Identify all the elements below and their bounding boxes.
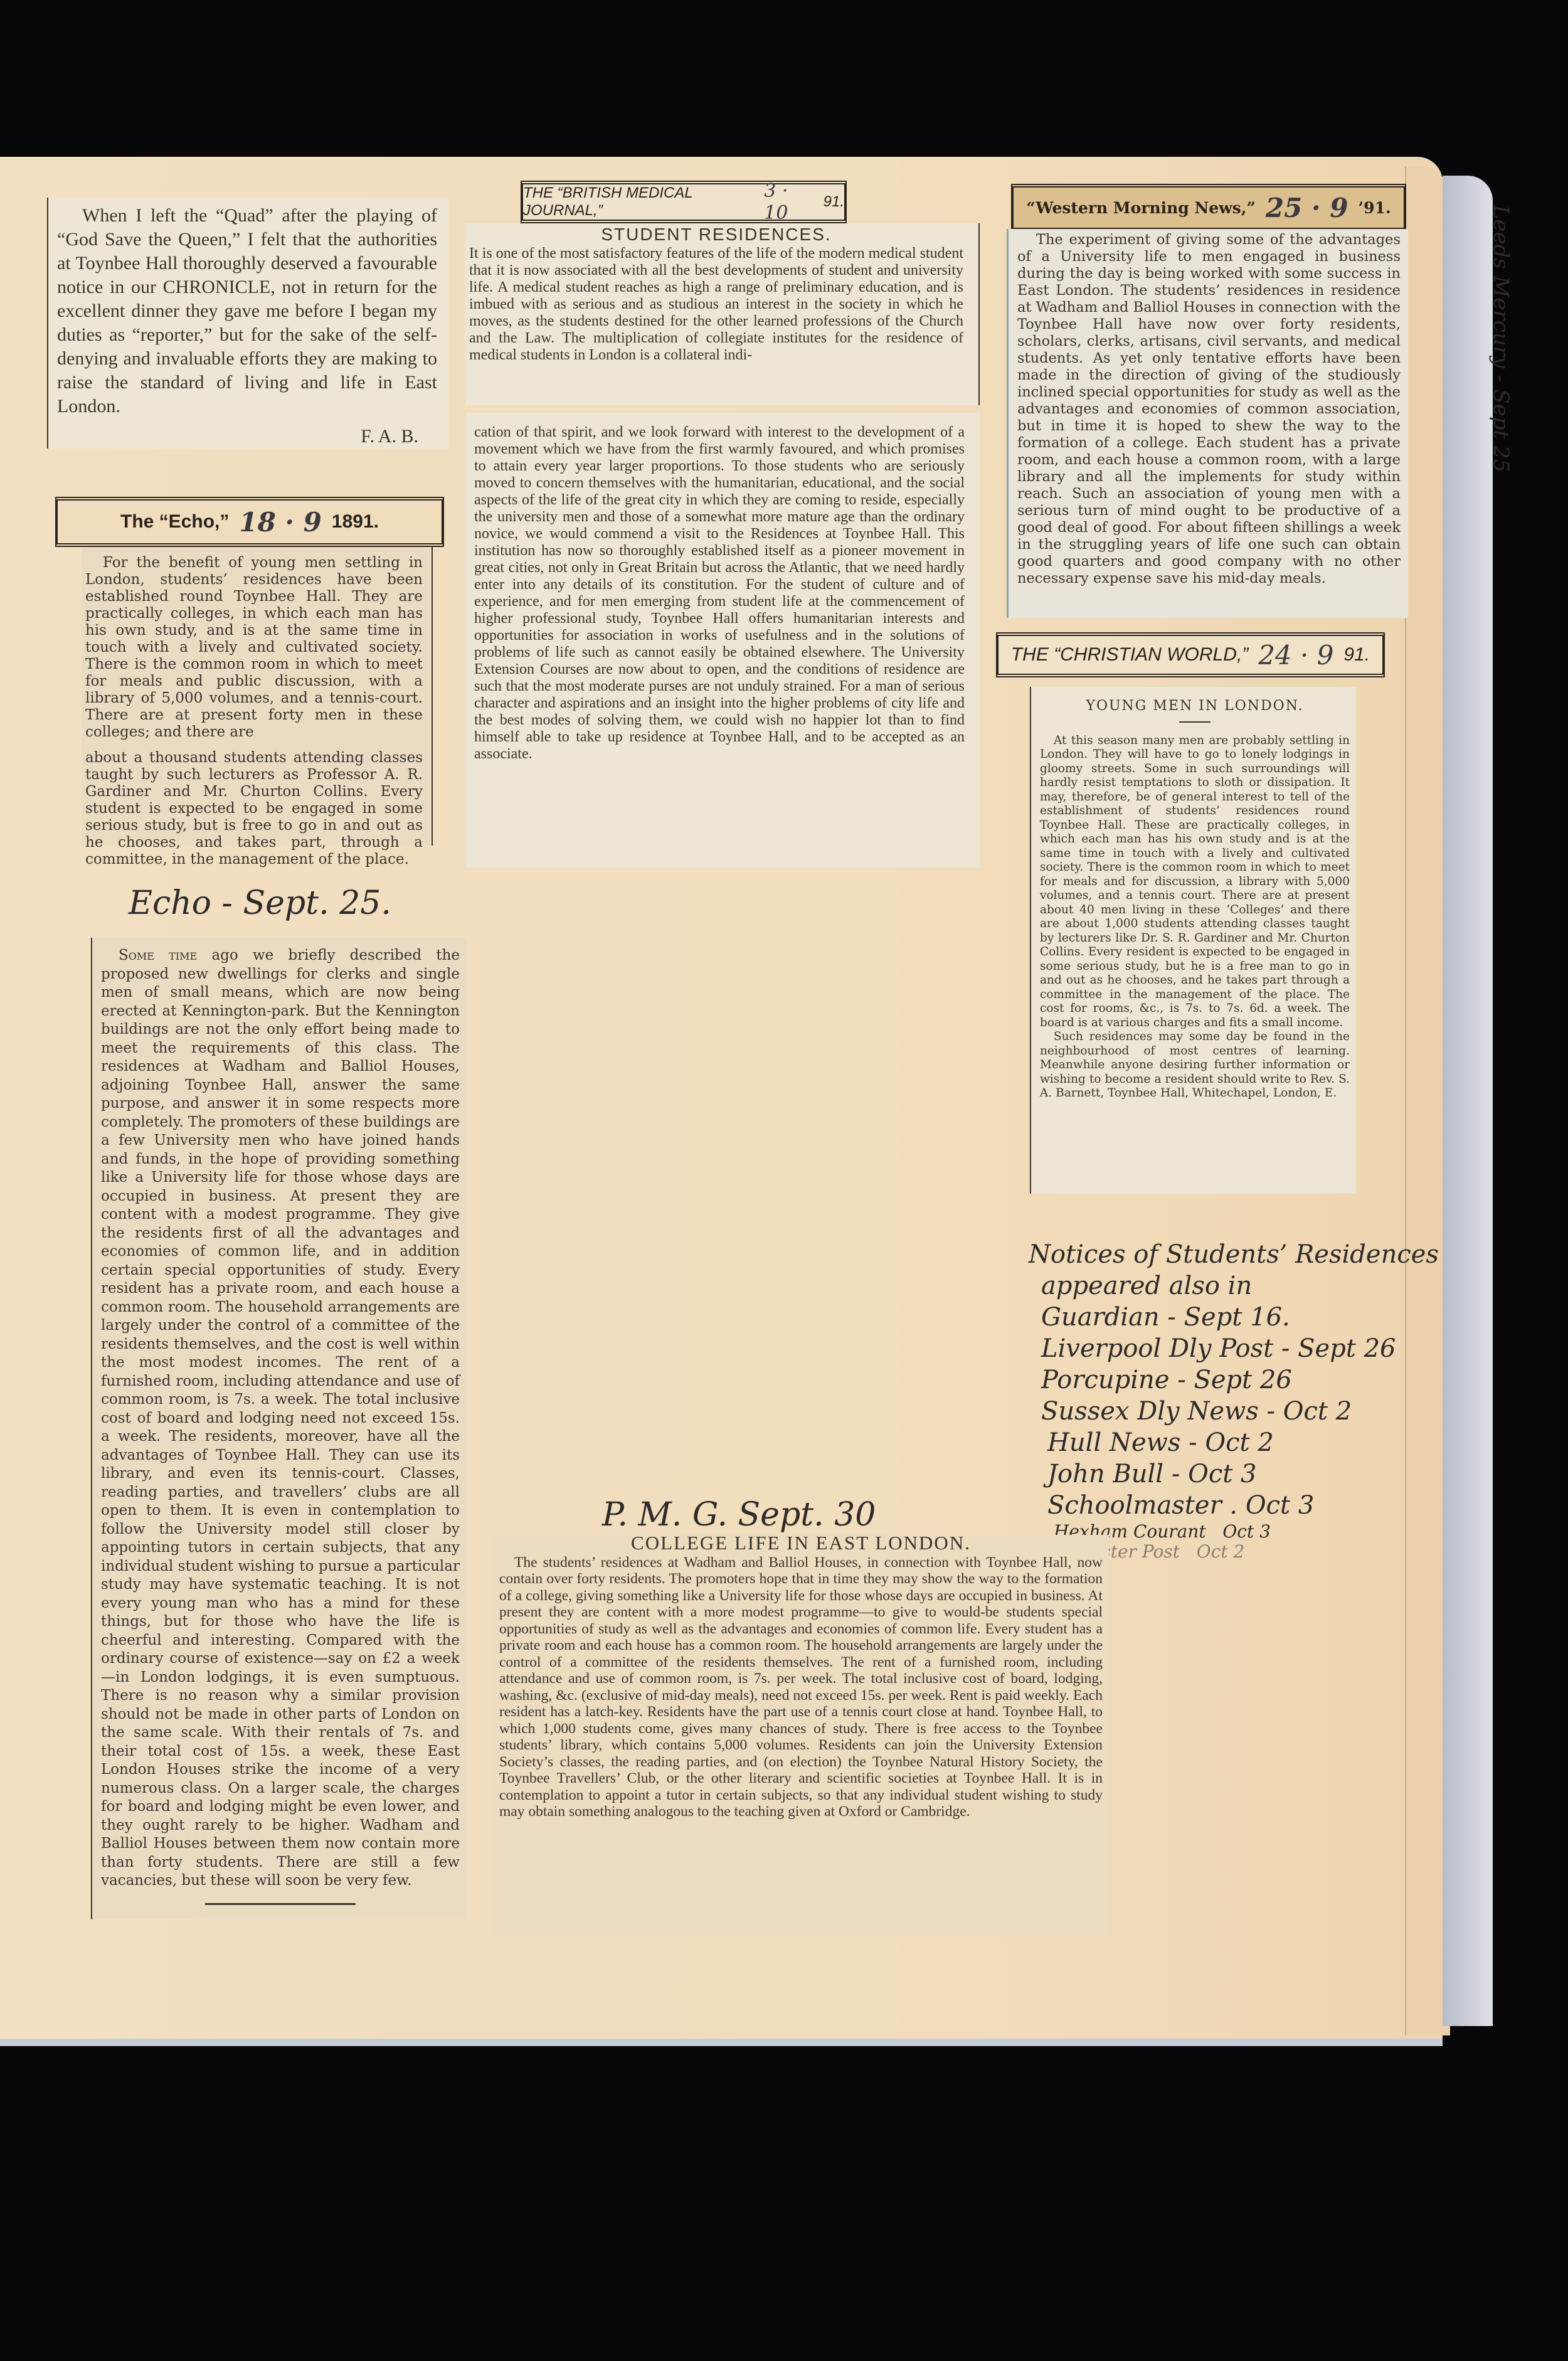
clipping-body: When I left the “Quad” after the playing… [57,204,437,418]
masthead-year: ’91. [1358,199,1391,217]
masthead-title: THE “BRITISH MEDICAL JOURNAL,” [523,184,754,220]
notice-entry: Liverpool Dly Post - Sept 26 [1029,1333,1439,1364]
handwritten-notice-list: Notices of Students’ Residences appeared… [1029,1239,1439,1561]
clipping-bmj-part-2: cation of that spirit, and we look forwa… [465,413,980,867]
tissue-interleaf [1443,176,1493,2026]
clipping-western-morning-news: The experiment of giving some of the adv… [1007,229,1408,618]
clipping-body: cation of that spirit, and we look forwa… [474,424,965,763]
notice-entry: John Bull - Oct 3 [1029,1458,1439,1490]
masthead-title: “Western Morning News,” [1026,199,1256,217]
masthead-christian-world: THE “CHRISTIAN WORLD,” 24 · 9 91. [996,632,1385,677]
headline-rule [1179,721,1210,723]
clipping-body-part-1: At this season many men are probably set… [1040,734,1350,1031]
notice-entry: Schoolmaster . Oct 3 [1029,1490,1439,1521]
masthead-bmj: THE “BRITISH MEDICAL JOURNAL,” 3 · 10 91… [521,181,847,223]
clipping-fab-note: When I left the “Quad” after the playing… [47,198,448,448]
clipping-body-part-2: Such residences may some day be found in… [1040,1030,1350,1101]
margin-note-leeds-mercury: Leeds Mercury - Sept 25 [1488,205,1513,472]
handwritten-date: 25 · 9 [1266,193,1348,223]
masthead-year: 91. [824,193,844,211]
notice-entry: Porcupine - Sept 26 [1029,1364,1439,1396]
clipping-body: The students’ residences at Wadham and B… [499,1554,1103,1820]
handwritten-date: 18 · 9 [239,507,322,538]
notice-heading-2: appeared also in [1029,1270,1439,1302]
bottom-tissue [0,2039,1443,2046]
signature: F. A. B. [57,425,437,448]
clipping-bmj-part-1: STUDENT RESIDENCES. It is one of the mos… [465,223,980,405]
handwritten-label-echo: Echo - Sept. 25. [129,884,391,922]
masthead-echo: The “Echo,” 18 · 9 1891. [55,497,444,547]
handwritten-date: 24 · 9 [1258,640,1333,671]
end-rule [205,1903,356,1905]
clipping-body-part-1: For the benefit of young men settling in… [85,554,423,741]
masthead-year: 1891. [332,511,379,533]
headline: YOUNG MEN IN LONDON. [1040,699,1350,714]
masthead-western-morning-news: “Western Morning News,” 25 · 9 ’91. [1011,184,1406,231]
masthead-title: The “Echo,” [120,511,229,533]
clipping-body: Some time ago we briefly described the p… [101,947,460,1891]
notice-entry: Guardian - Sept 16. [1029,1302,1439,1333]
notice-heading-1: Notices of Students’ Residences [1029,1239,1439,1270]
clipping-body: The experiment of giving some of the adv… [1017,231,1401,587]
handwritten-date: 3 · 10 [764,180,813,224]
headline: STUDENT RESIDENCES. [469,226,963,243]
masthead-title: THE “CHRISTIAN WORLD,” [1011,644,1248,666]
clipping-echo-1891: For the benefit of young men settling in… [82,547,433,846]
clipping-pmg: COLLEGE LIFE IN EAST LONDON. The student… [494,1535,1109,1936]
clipping-christian-world: YOUNG MEN IN LONDON. At this season many… [1030,687,1356,1194]
clipping-body: It is one of the most satisfactory featu… [469,245,963,364]
notice-entry: Sussex Dly News - Oct 2 [1029,1396,1439,1427]
clipping-text: ago we briefly described the proposed ne… [101,947,460,1889]
notice-entry: Hull News - Oct 2 [1029,1427,1439,1458]
lead-caps: Some time [119,947,197,963]
clipping-body-part-2: about a thousand students attending clas… [85,750,423,868]
clipping-echo-sept25: Some time ago we briefly described the p… [91,938,467,1919]
headline: COLLEGE LIFE IN EAST LONDON. [499,1535,1103,1552]
handwritten-label-pmg: P. M. G. Sept. 30 [602,1496,876,1534]
masthead-year: 91. [1343,644,1370,666]
